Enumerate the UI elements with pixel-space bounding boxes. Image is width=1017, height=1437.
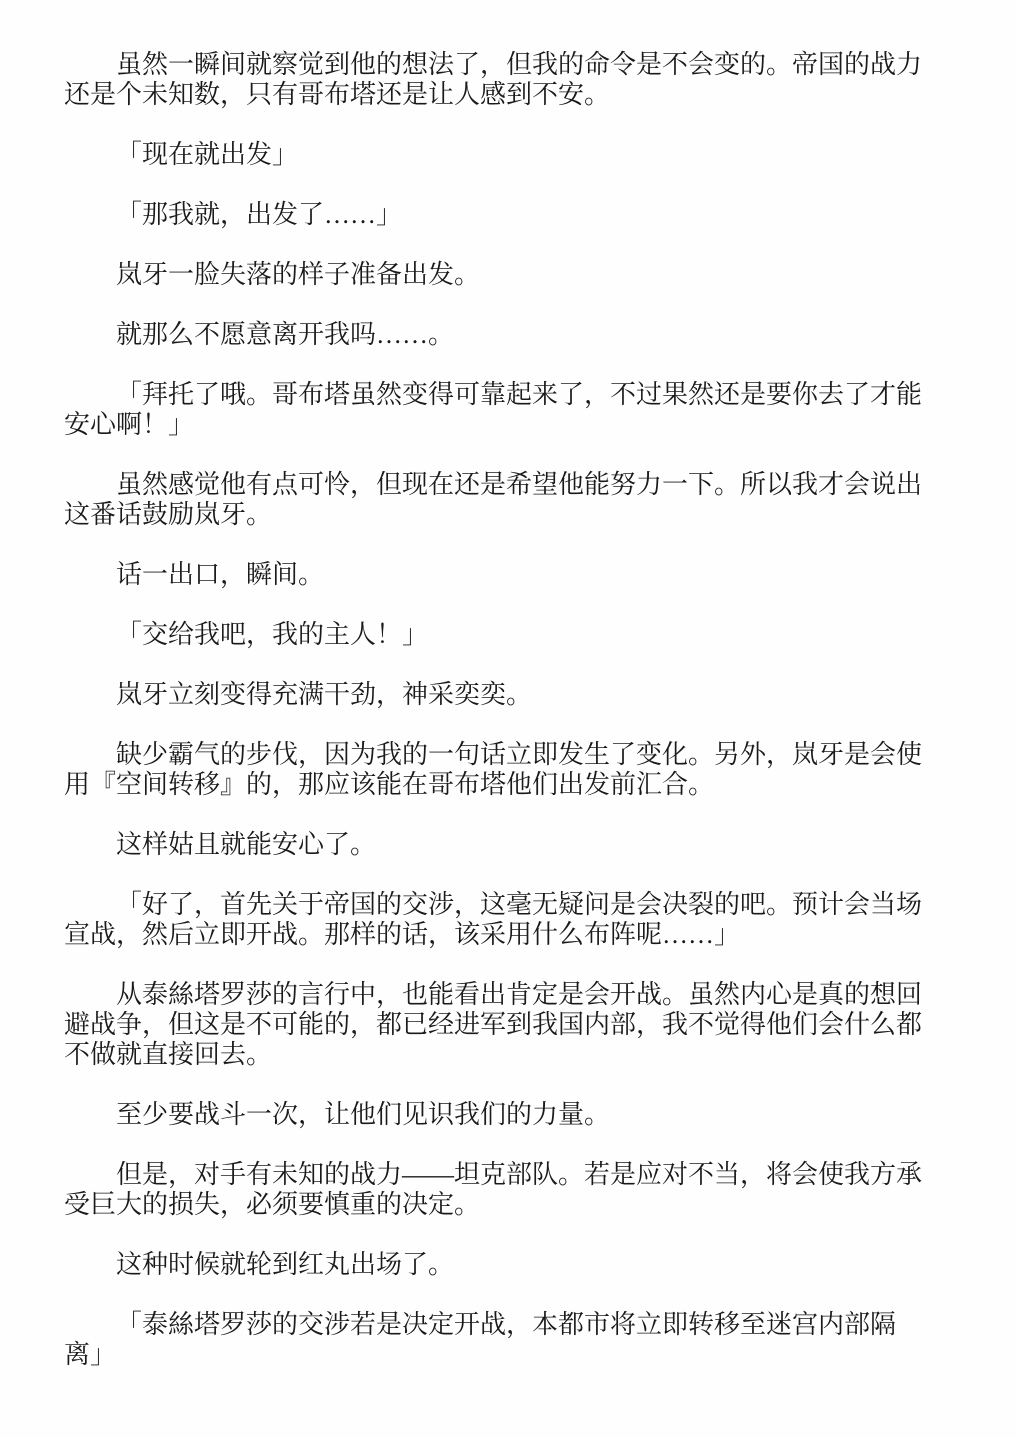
paragraph-7: 虽然感觉他有点可怜，但现在还是希望他能努力一下。所以我才会说出 这番话鼓励岚牙。 (64, 470, 927, 530)
paragraph-15: 至少要战斗一次，让他们见识我们的力量。 (64, 1100, 927, 1130)
paragraph-4: 岚牙一脸失落的样子准备出发。 (64, 260, 927, 290)
paragraph-8: 话一出口，瞬间。 (64, 560, 927, 590)
paragraph-11: 缺少霸气的步伐，因为我的一句话立即发生了变化。另外，岚牙是会使 用『空间转移』的… (64, 740, 927, 800)
paragraph-16: 但是，对手有未知的战力——坦克部队。若是应对不当，将会使我方承 受巨大的损失，必… (64, 1160, 927, 1220)
paragraph-1: 虽然一瞬间就察觉到他的想法了，但我的命令是不会变的。帝国的战力 还是个未知数，只… (64, 50, 927, 110)
paragraph-6: 「拜托了哦。哥布塔虽然变得可靠起来了，不过果然还是要你去了才能 安心啊！」 (64, 380, 927, 440)
paragraph-9: 「交给我吧，我的主人！」 (64, 620, 927, 650)
paragraph-14: 从泰絲塔罗莎的言行中，也能看出肯定是会开战。虽然内心是真的想回 避战争，但这是不… (64, 980, 927, 1070)
document-page: 虽然一瞬间就察觉到他的想法了，但我的命令是不会变的。帝国的战力 还是个未知数，只… (0, 0, 1017, 1437)
paragraph-3: 「那我就，出发了……」 (64, 200, 927, 230)
paragraph-13: 「好了，首先关于帝国的交涉，这毫无疑问是会决裂的吧。预计会当场 宣战，然后立即开… (64, 890, 927, 950)
body-text: 虽然一瞬间就察觉到他的想法了，但我的命令是不会变的。帝国的战力 还是个未知数，只… (64, 50, 927, 1370)
paragraph-10: 岚牙立刻变得充满干劲，神采奕奕。 (64, 680, 927, 710)
paragraph-2: 「现在就出发」 (64, 140, 927, 170)
paragraph-17: 这种时候就轮到红丸出场了。 (64, 1250, 927, 1280)
paragraph-12: 这样姑且就能安心了。 (64, 830, 927, 860)
paragraph-5: 就那么不愿意离开我吗……。 (64, 320, 927, 350)
paragraph-18: 「泰絲塔罗莎的交涉若是决定开战，本都市将立即转移至迷宫内部隔 离」 (64, 1310, 927, 1370)
